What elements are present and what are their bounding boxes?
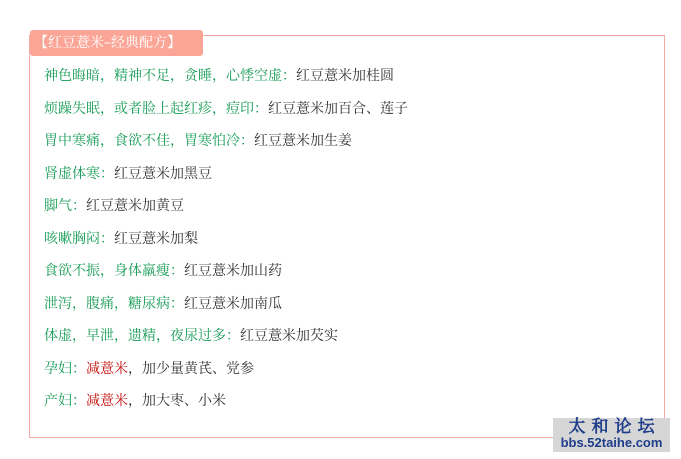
list-item: 胃中寒痛，食欲不佳，胃寒怕冷：红豆薏米加生姜 bbox=[44, 131, 408, 164]
list-item: 脚气：红豆薏米加黄豆 bbox=[44, 196, 408, 229]
card-title: 【红豆薏米–经典配方】 bbox=[30, 30, 203, 56]
symptom-text: 神色晦暗，精神不足，贪睡，心悸空虚 bbox=[44, 68, 282, 84]
colon: ： bbox=[170, 296, 184, 312]
remedy-text: ，加少量黄芪、党参 bbox=[128, 361, 254, 377]
list-item: 神色晦暗，精神不足，贪睡，心悸空虚：红豆薏米加桂圆 bbox=[44, 66, 408, 99]
symptom-text: 泄泻，腹痛，糖尿病 bbox=[44, 296, 170, 312]
list-item: 咳嗽胸闷：红豆薏米加梨 bbox=[44, 229, 408, 262]
recipe-list: 神色晦暗，精神不足，贪睡，心悸空虚：红豆薏米加桂圆 烦躁失眠，或者脸上起红疹，痘… bbox=[44, 66, 408, 424]
watermark-name: 太和论坛 bbox=[553, 418, 670, 436]
symptom-text: 肾虚体寒 bbox=[44, 166, 100, 182]
remedy-text: 红豆薏米加南瓜 bbox=[184, 296, 282, 312]
symptom-text: 烦躁失眠，或者脸上起红疹，痘印 bbox=[44, 101, 254, 117]
symptom-text: 孕妇 bbox=[44, 361, 72, 377]
colon: ： bbox=[72, 361, 86, 377]
colon: ： bbox=[72, 393, 86, 409]
colon: ： bbox=[226, 328, 240, 344]
colon: ： bbox=[170, 263, 184, 279]
colon: ： bbox=[254, 101, 268, 117]
remedy-text: 红豆薏米加百合、莲子 bbox=[268, 101, 408, 117]
list-item: 烦躁失眠，或者脸上起红疹，痘印：红豆薏米加百合、莲子 bbox=[44, 99, 408, 132]
list-item: 产妇：减薏米，加大枣、小米 bbox=[44, 391, 408, 424]
remedy-text: 红豆薏米加黑豆 bbox=[114, 166, 212, 182]
watermark-url: bbs.52taihe.com bbox=[553, 436, 670, 450]
remedy-text: 红豆薏米加生姜 bbox=[254, 133, 352, 149]
remedy-text: ，加大枣、小米 bbox=[128, 393, 226, 409]
list-item: 食欲不振，身体羸瘦：红豆薏米加山药 bbox=[44, 261, 408, 294]
warning-text: 减薏米 bbox=[86, 393, 128, 409]
colon: ： bbox=[72, 198, 86, 214]
colon: ： bbox=[282, 68, 296, 84]
symptom-text: 产妇 bbox=[44, 393, 72, 409]
symptom-text: 咳嗽胸闷 bbox=[44, 231, 100, 247]
symptom-text: 食欲不振，身体羸瘦 bbox=[44, 263, 170, 279]
symptom-text: 体虚，早泄，遗精，夜尿过多 bbox=[44, 328, 226, 344]
forum-watermark: 太和论坛 bbs.52taihe.com bbox=[553, 418, 670, 452]
remedy-text: 红豆薏米加山药 bbox=[184, 263, 282, 279]
colon: ： bbox=[100, 166, 114, 182]
list-item: 泄泻，腹痛，糖尿病：红豆薏米加南瓜 bbox=[44, 294, 408, 327]
symptom-text: 脚气 bbox=[44, 198, 72, 214]
remedy-text: 红豆薏米加黄豆 bbox=[86, 198, 184, 214]
remedy-text: 红豆薏米加梨 bbox=[114, 231, 198, 247]
list-item: 孕妇：减薏米，加少量黄芪、党参 bbox=[44, 359, 408, 392]
symptom-text: 胃中寒痛，食欲不佳，胃寒怕冷 bbox=[44, 133, 240, 149]
warning-text: 减薏米 bbox=[86, 361, 128, 377]
colon: ： bbox=[240, 133, 254, 149]
list-item: 体虚，早泄，遗精，夜尿过多：红豆薏米加芡实 bbox=[44, 326, 408, 359]
colon: ： bbox=[100, 231, 114, 247]
remedy-text: 红豆薏米加桂圆 bbox=[296, 68, 394, 84]
list-item: 肾虚体寒：红豆薏米加黑豆 bbox=[44, 164, 408, 197]
remedy-text: 红豆薏米加芡实 bbox=[240, 328, 338, 344]
